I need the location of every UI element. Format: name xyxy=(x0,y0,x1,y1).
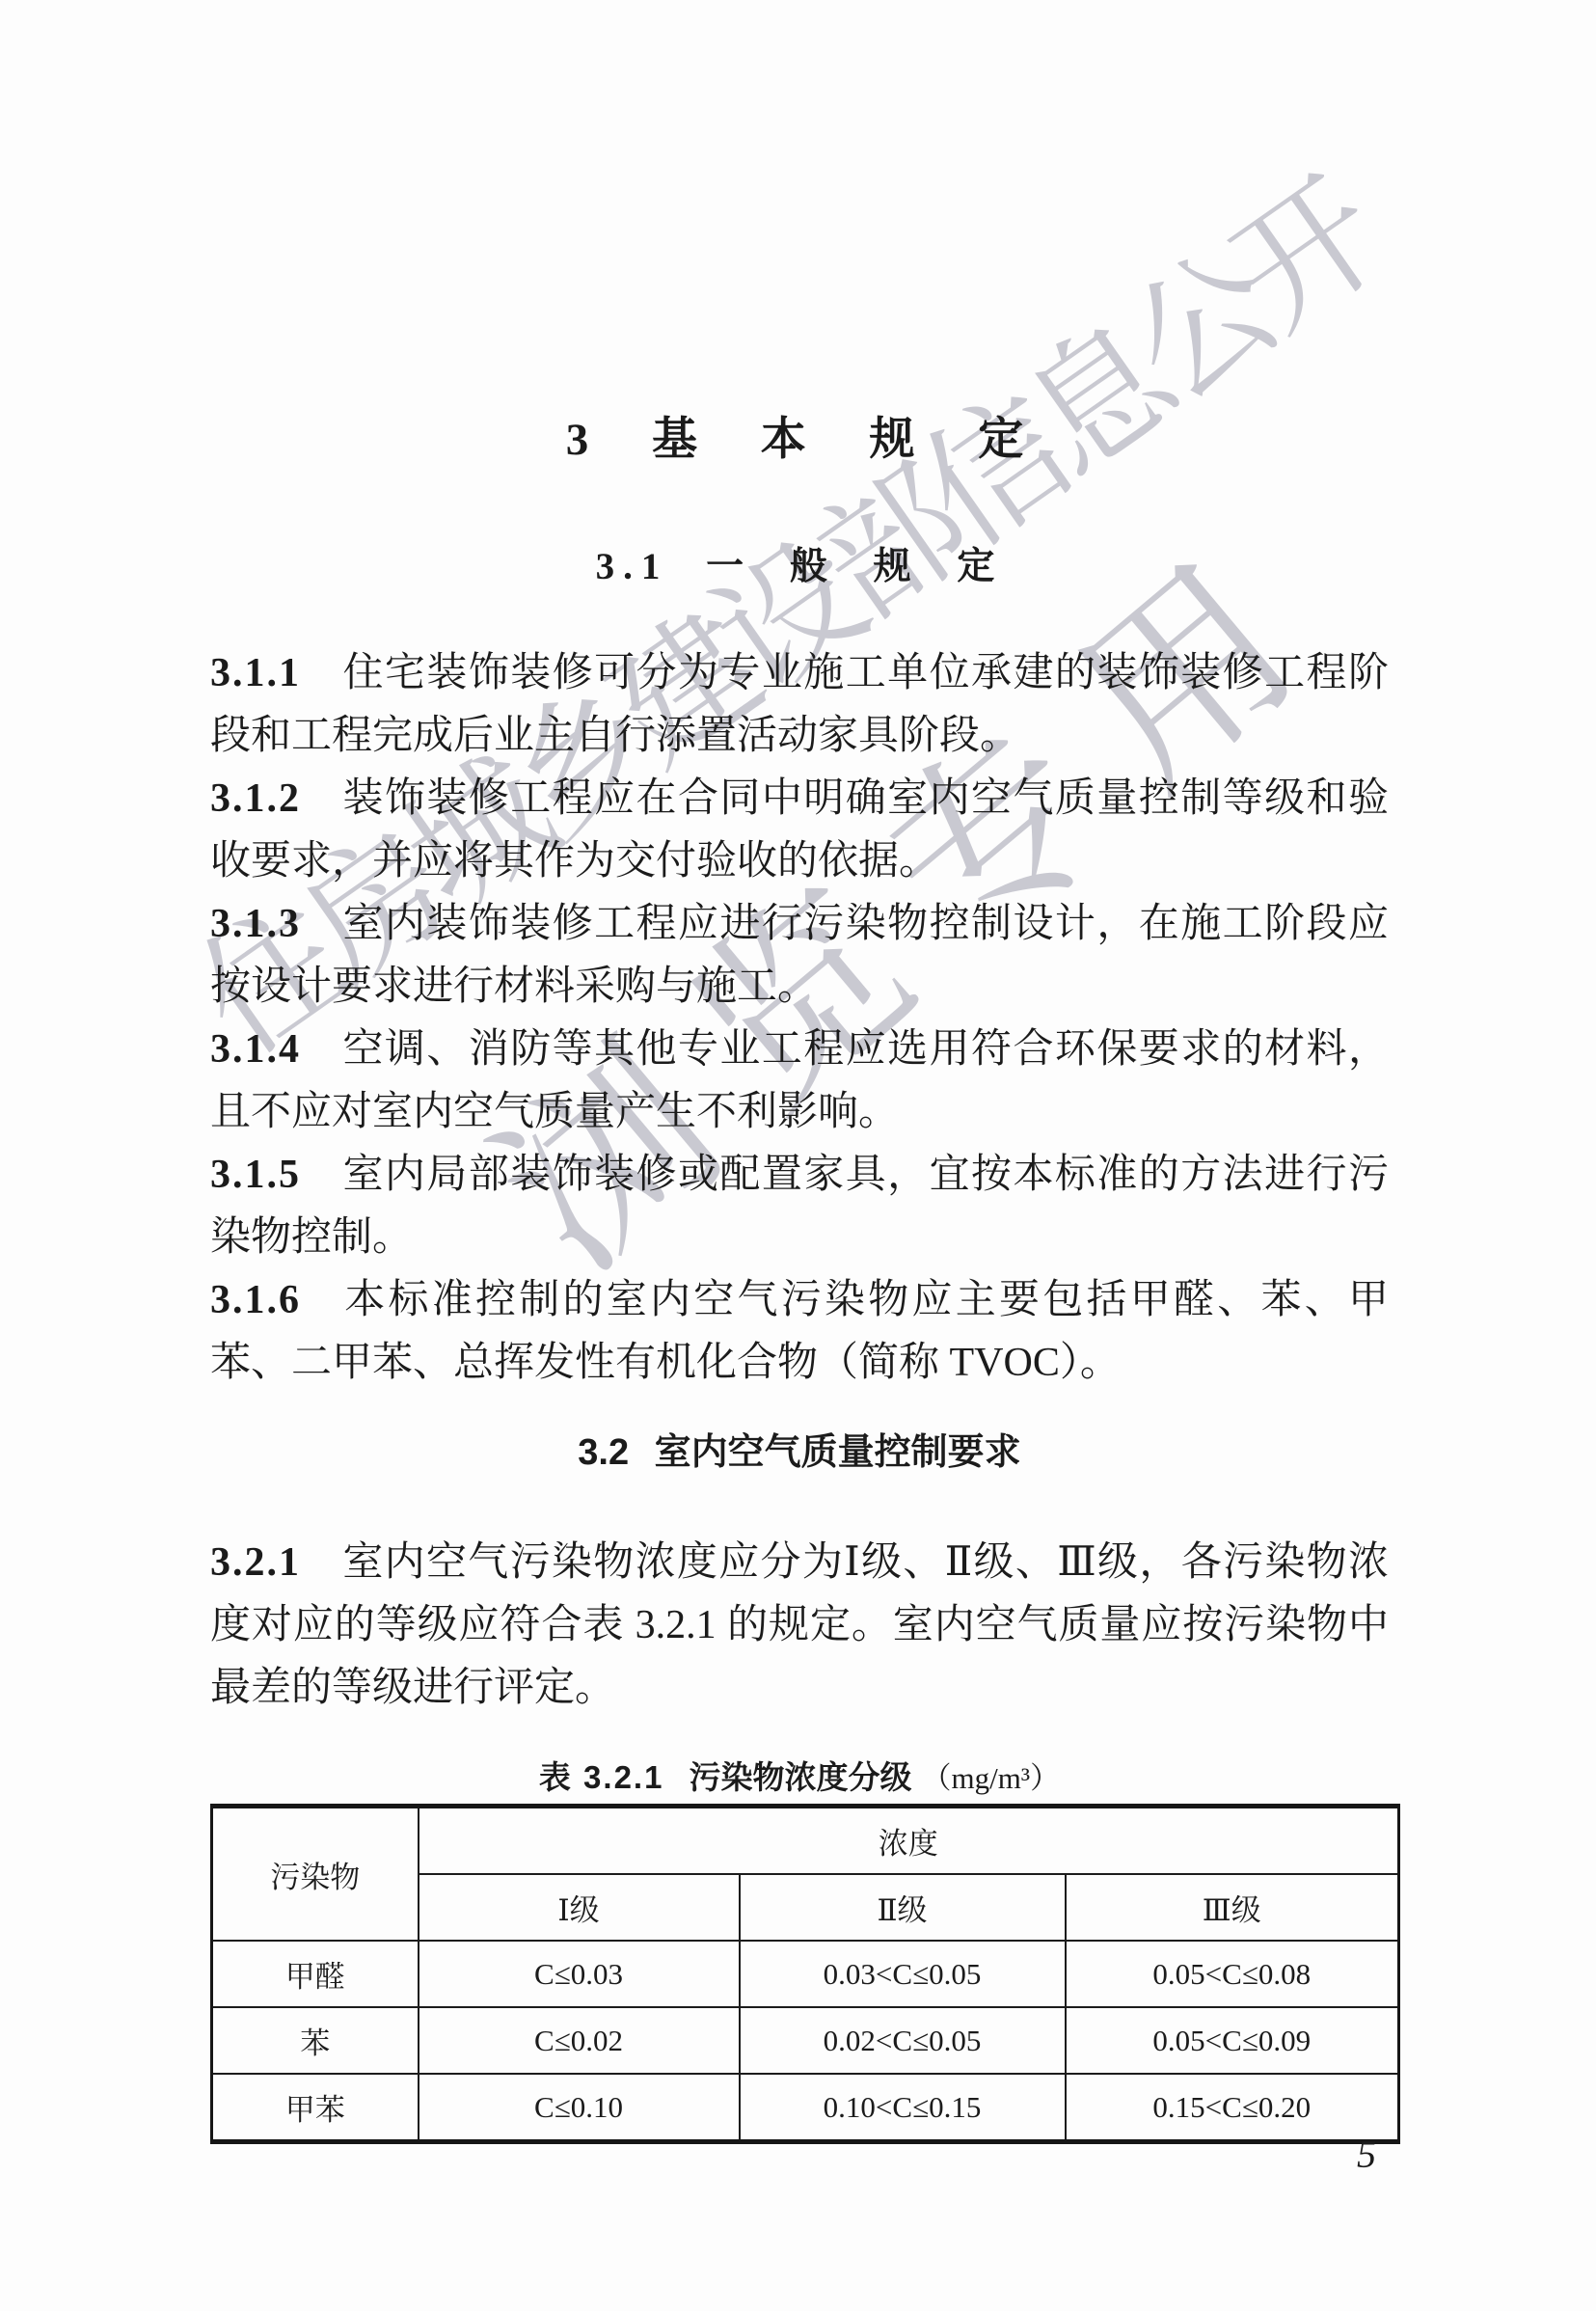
clause-3-1-2: 3.1.2装饰装修工程应在合同中明确室内空气质量控制等级和验收要求，并应将其作为… xyxy=(210,768,1389,893)
cell-pollutant: 甲醛 xyxy=(212,1941,419,2007)
clause-3-1-4: 3.1.4空调、消防等其他专业工程应选用符合环保要求的材料，且不应对室内空气质量… xyxy=(210,1019,1389,1144)
document-page: 住房城乡建设部信息公开 浏览专用 3 基 本 规 定 3.1 一 般 规 定 3… xyxy=(0,0,1596,2311)
clause-text: 空调、消防等其他专业工程应选用符合环保要求的材料，且不应对室内空气质量产生不利影… xyxy=(210,1027,1389,1134)
table-row: 甲苯 C≤0.10 0.10<C≤0.15 0.15<C≤0.20 xyxy=(212,2074,1399,2142)
cell-level2: 0.10<C≤0.15 xyxy=(740,2074,1066,2142)
clause-text: 室内空气污染物浓度应分为Ⅰ级、Ⅱ级、Ⅲ级，各污染物浓度对应的等级应符合表 3.2… xyxy=(210,1540,1389,1710)
clause-number: 3.1.6 xyxy=(210,1278,301,1322)
header-level-3: Ⅲ级 xyxy=(1066,1874,1399,1941)
chapter-title: 3 基 本 规 定 xyxy=(210,403,1389,468)
clause-number: 3.1.2 xyxy=(210,776,301,821)
header-concentration: 浓度 xyxy=(419,1807,1399,1875)
page-number: 5 xyxy=(1357,2132,1376,2177)
clause-number: 3.1.5 xyxy=(210,1153,301,1197)
clause-text: 住宅装饰装修可分为专业施工单位承建的装饰装修工程阶段和工程完成后业主自行添置活动… xyxy=(210,651,1389,758)
clause-3-1-6: 3.1.6本标准控制的室内空气污染物应主要包括甲醛、苯、甲苯、二甲苯、总挥发性有… xyxy=(210,1269,1389,1395)
clause-number: 3.1.4 xyxy=(210,1027,301,1072)
clause-text: 装饰装修工程应在合同中明确室内空气质量控制等级和验收要求，并应将其作为交付验收的… xyxy=(210,776,1389,884)
cell-level1: C≤0.10 xyxy=(419,2074,740,2142)
section-3-1-heading: 3.1 一 般 规 定 xyxy=(210,536,1389,590)
table-caption-label: 表 3.2.1 xyxy=(539,1759,664,1795)
header-level-2: Ⅱ级 xyxy=(740,1874,1066,1941)
table-row: 甲醛 C≤0.03 0.03<C≤0.05 0.05<C≤0.08 xyxy=(212,1941,1399,2007)
clause-3-1-5: 3.1.5室内局部装饰装修或配置家具，宜按本标准的方法进行污染物控制。 xyxy=(210,1144,1389,1269)
header-level-1: Ⅰ级 xyxy=(419,1874,740,1941)
clause-text: 室内局部装饰装修或配置家具，宜按本标准的方法进行污染物控制。 xyxy=(210,1153,1389,1260)
table-caption-unit: （mg/m³） xyxy=(921,1761,1060,1795)
section-3-1-clauses: 3.1.1住宅装饰装修可分为专业施工单位承建的装饰装修工程阶段和工程完成后业主自… xyxy=(210,642,1389,1395)
table-caption-title: 污染物浓度分级 xyxy=(689,1759,911,1795)
pollutant-concentration-table: 污染物 浓度 Ⅰ级 Ⅱ级 Ⅲ级 甲醛 C≤0.03 0.03<C≤0.05 0.… xyxy=(210,1804,1400,2144)
clause-3-2-1: 3.2.1室内空气污染物浓度应分为Ⅰ级、Ⅱ级、Ⅲ级，各污染物浓度对应的等级应符合… xyxy=(210,1532,1389,1720)
table-caption: 表 3.2.1污染物浓度分级（mg/m³） xyxy=(210,1758,1389,1798)
table-header-row-1: 污染物 浓度 xyxy=(212,1807,1399,1875)
clause-number: 3.1.1 xyxy=(210,651,301,695)
clause-number: 3.2.1 xyxy=(210,1540,301,1585)
clause-text: 室内装饰装修工程应进行污染物控制设计，在施工阶段应按设计要求进行材料采购与施工。 xyxy=(210,902,1389,1009)
header-pollutant: 污染物 xyxy=(212,1807,419,1942)
section-3-2-clauses: 3.2.1室内空气污染物浓度应分为Ⅰ级、Ⅱ级、Ⅲ级，各污染物浓度对应的等级应符合… xyxy=(210,1532,1389,1720)
cell-level1: C≤0.03 xyxy=(419,1941,740,2007)
clause-text: 本标准控制的室内空气污染物应主要包括甲醛、苯、甲苯、二甲苯、总挥发性有机化合物（… xyxy=(210,1278,1389,1385)
section-3-2-heading: 3.2 室内空气质量控制要求 xyxy=(210,1422,1389,1475)
cell-pollutant: 甲苯 xyxy=(212,2074,419,2142)
table-row: 苯 C≤0.02 0.02<C≤0.05 0.05<C≤0.09 xyxy=(212,2007,1399,2074)
cell-level2: 0.03<C≤0.05 xyxy=(740,1941,1066,2007)
clause-3-1-3: 3.1.3室内装饰装修工程应进行污染物控制设计，在施工阶段应按设计要求进行材料采… xyxy=(210,893,1389,1019)
cell-level2: 0.02<C≤0.05 xyxy=(740,2007,1066,2074)
cell-level3: 0.05<C≤0.08 xyxy=(1066,1941,1399,2007)
cell-level3: 0.15<C≤0.20 xyxy=(1066,2074,1399,2142)
cell-level1: C≤0.02 xyxy=(419,2007,740,2074)
clause-number: 3.1.3 xyxy=(210,902,301,946)
cell-level3: 0.05<C≤0.09 xyxy=(1066,2007,1399,2074)
clause-3-1-1: 3.1.1住宅装饰装修可分为专业施工单位承建的装饰装修工程阶段和工程完成后业主自… xyxy=(210,642,1389,768)
cell-pollutant: 苯 xyxy=(212,2007,419,2074)
